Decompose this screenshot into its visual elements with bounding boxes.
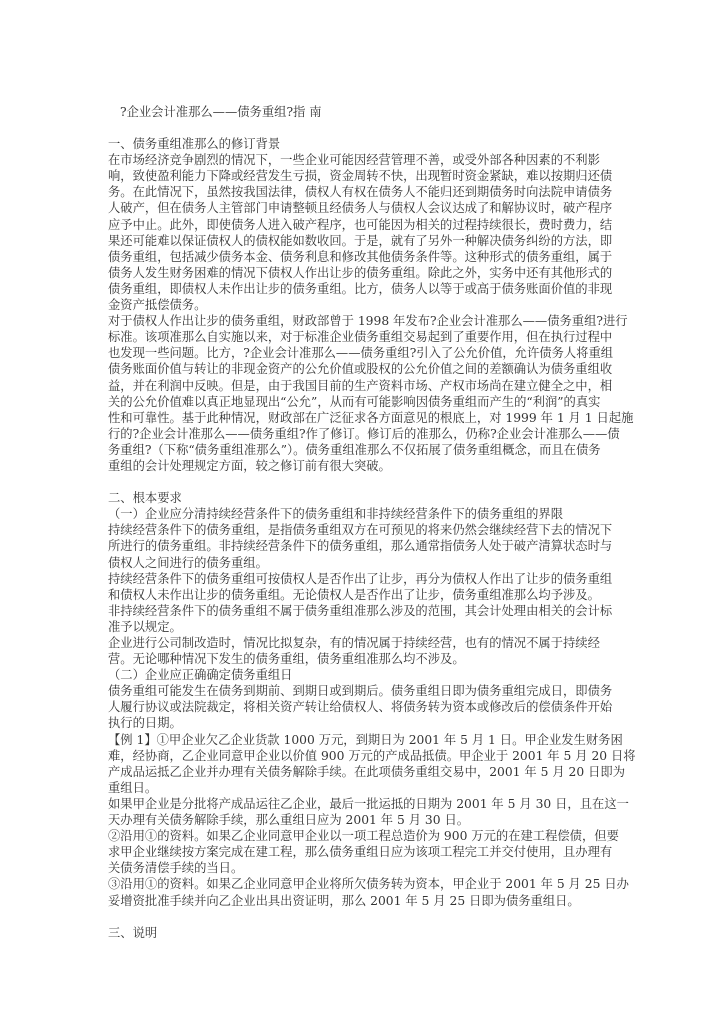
text-line: 重组的会计处理规定方面，较之修订前有很大突破。 — [108, 458, 616, 474]
text-line: （二）企业应正确确定债务重组日 — [108, 667, 616, 683]
text-line: 如果甲企业是分批将产成品运往乙企业，最后一批运抵的日期为 2001 年 5 月 … — [108, 796, 616, 812]
spacer — [108, 474, 616, 490]
text-line: 应予中止。此外，即使债务人进入破产程序，也可能因为相关的过程持续很长，费时费力，… — [108, 217, 616, 233]
text-line: 产成品运抵乙企业并办理有关债务解除手续。在此项债务重组交易中，2001 年 5 … — [108, 764, 616, 780]
section-background: 一、债务重组准那么的修订背景 在市场经济竞争剧烈的情况下，一些企业可能因经营管理… — [108, 136, 616, 474]
text-line: 人破产，但在债务人主管部门申请整顿且经债务人与债权人会议达成了和解协议时，破产程… — [108, 200, 616, 216]
section-heading: 一、债务重组准那么的修订背景 — [108, 136, 616, 152]
text-line: 妥增资批准手续并向乙企业出具出资证明，那么 2001 年 5 月 25 日即为债… — [108, 893, 616, 909]
text-line: 债务人发生财务困难的情况下债权人作出让步的债务重组。除此之外，实务中还有其他形式… — [108, 265, 616, 281]
text-line: 债务重组可能发生在债务到期前、到期日或到期后。债务重组日即为债务重组完成日，即债… — [108, 683, 616, 699]
text-line: 持续经营条件下的债务重组，是指债务重组双方在可预见的将来仍然会继续经营下去的情况… — [108, 522, 616, 538]
text-line: 难，经协商，乙企业同意甲企业以价值 900 万元的产成品抵债。甲企业于 2001… — [108, 748, 616, 764]
text-line: 标准。该项准那么自实施以来，对于标准企业债务重组交易起到了重要作用，但在执行过程… — [108, 329, 616, 345]
section-heading: 三、说明 — [108, 925, 616, 941]
text-line: 性和可靠性。基于此种情况，财政部在广泛征求各方面意见的根底上，对 1999 年 … — [108, 410, 616, 426]
text-line: 和债权人未作出让步的债务重组。无论债权人是否作出了让步，债务重组准那么均予涉及。 — [108, 587, 616, 603]
text-line: 【例 1】①甲企业欠乙企业货款 1000 万元，到期日为 2001 年 5 月 … — [108, 732, 616, 748]
section-heading: 二、根本要求 — [108, 490, 616, 506]
document-page: ?企业会计准那么——债务重组?指 南 一、债务重组准那么的修订背景 在市场经济竞… — [108, 104, 616, 941]
section-explanation: 三、说明 — [108, 925, 616, 941]
text-line: ③沿用①的资料。如果乙企业同意甲企业将所欠债务转为资本，甲企业于 2001 年 … — [108, 876, 616, 892]
text-line: 营。无论哪种情况下发生的债务重组，债务重组准那么均不涉及。 — [108, 651, 616, 667]
text-line: 求甲企业继续按方案完成在建工程，那么债务重组日应为该项工程完工并交付使用，且办理… — [108, 844, 616, 860]
text-line: 债务重组，包括减少债务本金、债务利息和修改其他债务条件等。这种形式的债务重组，属… — [108, 249, 616, 265]
text-line: 也发现一些问题。比方，?企业会计准那么——债务重组?引入了公允价值，允许债务人将… — [108, 345, 616, 361]
text-line: 务。在此情况下，虽然按我国法律，债权人有权在债务人不能归还到期债务时向法院申请债… — [108, 184, 616, 200]
text-line: 企业进行公司制改造时，情况比拟复杂，有的情况属于持续经营，也有的情况不属于持续经 — [108, 635, 616, 651]
text-line: 持续经营条件下的债务重组可按债权人是否作出了让步，再分为债权人作出了让步的债务重… — [108, 571, 616, 587]
spacer — [108, 909, 616, 925]
section-body: （一）企业应分清持续经营条件下的债务重组和非持续经营条件下的债务重组的界限持续经… — [108, 506, 616, 908]
document-title: ?企业会计准那么——债务重组?指 南 — [108, 104, 616, 120]
text-line: ②沿用①的资料。如果乙企业同意甲企业以一项工程总造价为 900 万元的在建工程偿… — [108, 828, 616, 844]
text-line: 重组日。 — [108, 780, 616, 796]
text-line: 债务账面价值与转让的非现金资产的公允价值或股权的公允价值之间的差额确认为债务重组… — [108, 361, 616, 377]
section-basic-requirements: 二、根本要求 （一）企业应分清持续经营条件下的债务重组和非持续经营条件下的债务重… — [108, 490, 616, 908]
text-line: 行的?企业会计准那么——债务重组?作了修订。修订后的准那么，仍称?企业会计准那么… — [108, 426, 616, 442]
text-line: 果还可能难以保证债权人的债权能如数收回。于是，就有了另外一种解决债务纠纷的方法，… — [108, 233, 616, 249]
text-line: （一）企业应分清持续经营条件下的债务重组和非持续经营条件下的债务重组的界限 — [108, 506, 616, 522]
text-line: 响，致使盈利能力下降或经营发生亏损，资金周转不快，出现暂时资金紧缺，难以按期归还… — [108, 168, 616, 184]
text-line: 关债务清偿手续的当日。 — [108, 860, 616, 876]
text-line: 对于债权人作出让步的债务重组，财政部曾于 1998 年发布?企业会计准那么——债… — [108, 313, 616, 329]
text-line: 关的公允价值难以真正地显现出“公允”，从而有可能影响因债务重组而产生的“利润”的… — [108, 394, 616, 410]
text-line: 所进行的债务重组。非持续经营条件下的债务重组，那么通常指债务人处于破产清算状态时… — [108, 538, 616, 554]
text-line: 债权人之间进行的债务重组。 — [108, 555, 616, 571]
text-line: 金资产抵偿债务。 — [108, 297, 616, 313]
text-line: 准予以规定。 — [108, 619, 616, 635]
section-body: 在市场经济竞争剧烈的情况下，一些企业可能因经营管理不善，或受外部各种因素的不利影… — [108, 152, 616, 474]
text-line: 执行的日期。 — [108, 715, 616, 731]
text-line: 益，并在利润中反映。但是，由于我国目前的生产资料市场、产权市场尚在建立健全之中，… — [108, 378, 616, 394]
text-line: 非持续经营条件下的债务重组不属于债务重组准那么涉及的范围，其会计处理由相关的会计… — [108, 603, 616, 619]
text-line: 债务重组，即债权人未作出让步的债务重组。比方，债务人以等于或高于债务账面价值的非… — [108, 281, 616, 297]
text-line: 在市场经济竞争剧烈的情况下，一些企业可能因经营管理不善，或受外部各种因素的不利影 — [108, 152, 616, 168]
text-line: 人履行协议或法院裁定，将相关资产转让给债权人、将债务转为资本或修改后的偿债条件开… — [108, 699, 616, 715]
text-line: 天办理有关债务解除手续，那么重组日应为 2001 年 5 月 30 日。 — [108, 812, 616, 828]
text-line: 务重组?（下称“债务重组准那么”）。债务重组准那么不仅拓展了债务重组概念，而且在… — [108, 442, 616, 458]
